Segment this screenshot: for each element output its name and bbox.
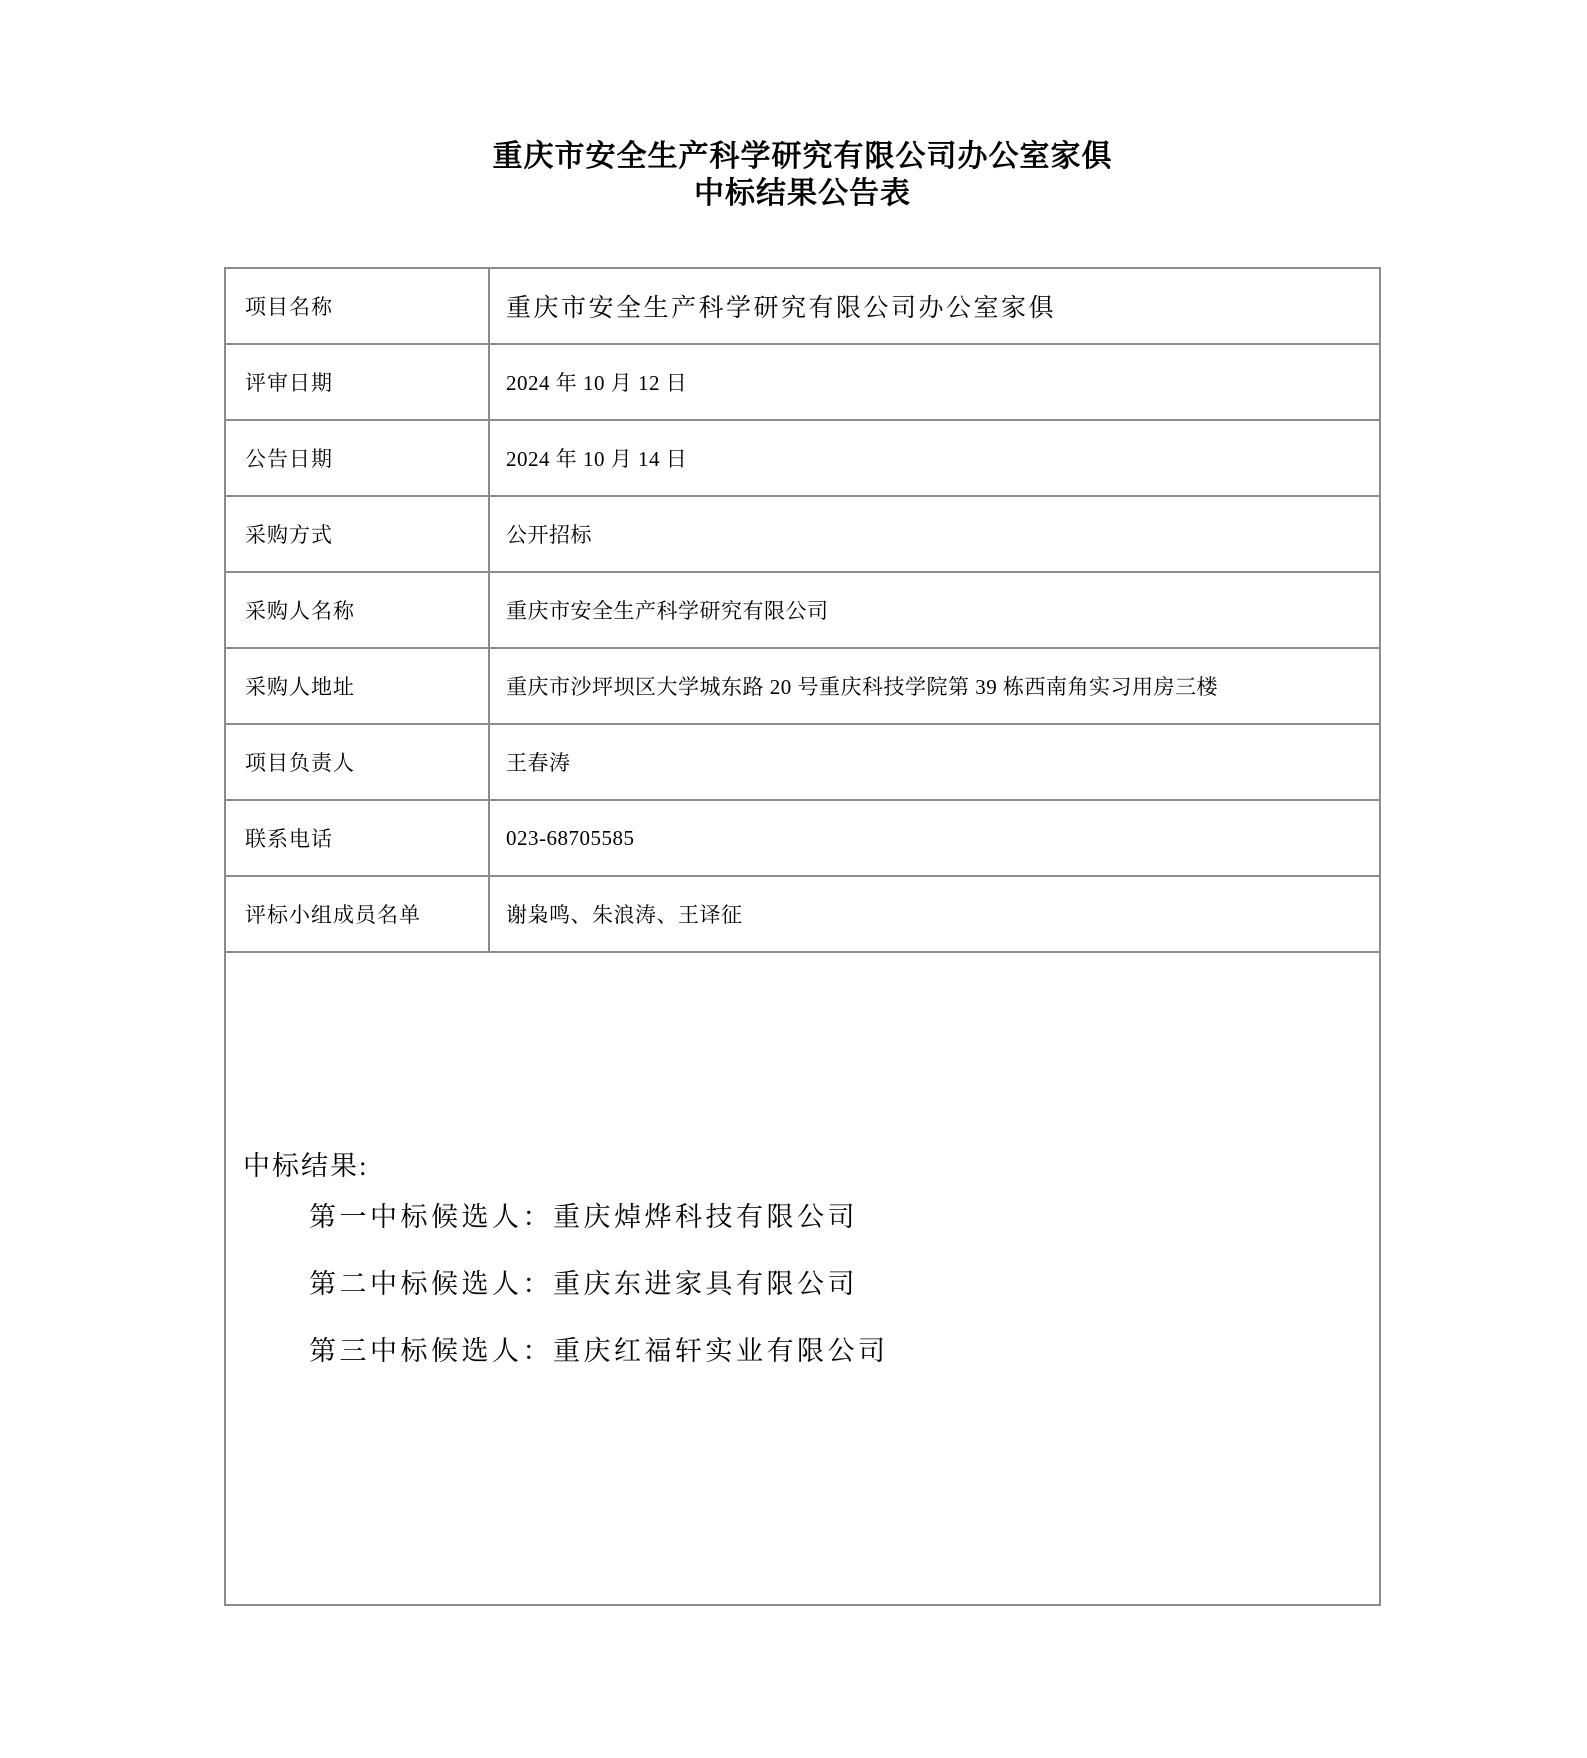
row-value: 023-68705585 <box>490 801 1379 875</box>
row-value: 2024 年 10 月 14 日 <box>490 421 1379 495</box>
table-row-contact-phone: 联系电话 023-68705585 <box>226 801 1379 877</box>
row-label: 联系电话 <box>226 801 490 875</box>
row-value: 重庆市沙坪坝区大学城东路 20 号重庆科技学院第 39 栋西南角实习用房三楼 <box>490 649 1379 723</box>
bid-candidate-3: 第三中标候选人：重庆红福轩实业有限公司 <box>243 1333 1359 1369</box>
title-line-1: 重庆市安全生产科学研究有限公司办公室家俱 <box>224 138 1381 175</box>
bid-result-section: 中标结果: 第一中标候选人：重庆焯烨科技有限公司 第二中标候选人：重庆东进家具有… <box>226 953 1379 1604</box>
table-row-purchaser-name: 采购人名称 重庆市安全生产科学研究有限公司 <box>226 573 1379 649</box>
title-line-2: 中标结果公告表 <box>224 175 1381 212</box>
table-row-purchaser-address: 采购人地址 重庆市沙坪坝区大学城东路 20 号重庆科技学院第 39 栋西南角实习… <box>226 649 1379 725</box>
bid-candidate-2: 第二中标候选人：重庆东进家具有限公司 <box>243 1266 1359 1302</box>
row-value: 2024 年 10 月 12 日 <box>490 345 1379 419</box>
row-value: 王春涛 <box>490 725 1379 799</box>
row-value: 公开招标 <box>490 497 1379 571</box>
announcement-table: 项目名称 重庆市安全生产科学研究有限公司办公室家俱 评审日期 2024 年 10… <box>224 267 1381 1606</box>
row-value: 重庆市安全生产科学研究有限公司办公室家俱 <box>490 269 1379 343</box>
row-value: 重庆市安全生产科学研究有限公司 <box>490 573 1379 647</box>
row-label: 公告日期 <box>226 421 490 495</box>
table-row-evaluation-team: 评标小组成员名单 谢枭鸣、朱浪涛、王译征 <box>226 877 1379 953</box>
table-row-project-name: 项目名称 重庆市安全生产科学研究有限公司办公室家俱 <box>226 269 1379 345</box>
row-label: 采购方式 <box>226 497 490 571</box>
table-row-review-date: 评审日期 2024 年 10 月 12 日 <box>226 345 1379 421</box>
row-label: 采购人名称 <box>226 573 490 647</box>
table-row-project-leader: 项目负责人 王春涛 <box>226 725 1379 801</box>
row-label: 项目名称 <box>226 269 490 343</box>
row-label: 项目负责人 <box>226 725 490 799</box>
row-label: 评标小组成员名单 <box>226 877 490 951</box>
bid-result-heading: 中标结果: <box>243 1149 1359 1183</box>
row-label: 评审日期 <box>226 345 490 419</box>
document-page: 重庆市安全生产科学研究有限公司办公室家俱 中标结果公告表 项目名称 重庆市安全生… <box>0 0 1587 1758</box>
document-title: 重庆市安全生产科学研究有限公司办公室家俱 中标结果公告表 <box>224 0 1381 212</box>
row-value: 谢枭鸣、朱浪涛、王译征 <box>490 877 1379 951</box>
row-label: 采购人地址 <box>226 649 490 723</box>
table-row-announce-date: 公告日期 2024 年 10 月 14 日 <box>226 421 1379 497</box>
bid-candidate-1: 第一中标候选人：重庆焯烨科技有限公司 <box>243 1199 1359 1235</box>
table-row-procurement-method: 采购方式 公开招标 <box>226 497 1379 573</box>
